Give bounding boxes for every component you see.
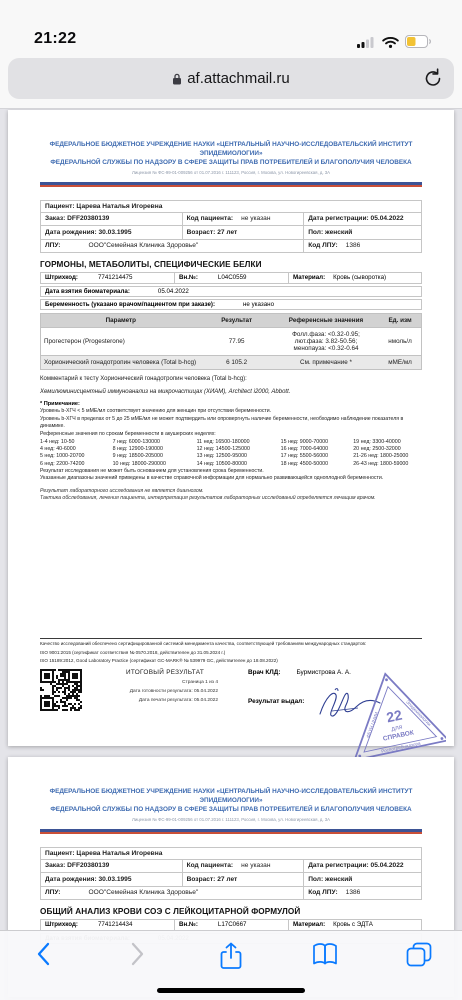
page1-footer: Качество исследований обеспечено сертифи… bbox=[40, 638, 422, 724]
barcode-row: Штрихкод:7741214434 Вн.№:L17C0667 Матери… bbox=[40, 919, 422, 931]
license-line: Лицензия № ФС-99-01-009256 от 01.07.2016… bbox=[40, 817, 422, 822]
comment-method: Хемилюминисцентный иммуноанализ на микро… bbox=[40, 388, 422, 396]
address-bar[interactable]: af.attachmail.ru bbox=[8, 58, 454, 99]
quality-line-3: ISO 15189:2012, Good Laboratory Practice… bbox=[40, 658, 422, 664]
share-icon bbox=[219, 942, 243, 970]
url-text: af.attachmail.ru bbox=[187, 70, 290, 87]
page-number: Страница 1 из 4 bbox=[94, 680, 236, 685]
reference-weeks-grid: 1-4 нед: 10-507 нед: 6000-13000011 нед: … bbox=[40, 439, 422, 469]
pregnancy-row: Беременность (указано врачом/пациентом п… bbox=[40, 299, 422, 310]
document-page-1: ФЕДЕРАЛЬНОЕ БЮДЖЕТНОЕ УЧРЕЖДЕНИЕ НАУКИ «… bbox=[8, 110, 454, 746]
status-time: 21:22 bbox=[34, 30, 76, 48]
back-icon bbox=[39, 944, 48, 964]
status-bar: 21:22 bbox=[0, 0, 462, 54]
birth-row: Дата рождения: 30.03.1995 Возраст: 27 ле… bbox=[40, 225, 422, 240]
note-line-2: Уровень b-ХГЧ в пределах от 5 до 25 мМЕ/… bbox=[40, 416, 422, 430]
results-header: Параметр Результат Референсные значения … bbox=[40, 313, 422, 328]
print-date: Дата печати результата: 05.04.2022 bbox=[94, 698, 236, 703]
qr-code bbox=[40, 669, 82, 711]
tabs-button[interactable] bbox=[404, 942, 434, 1000]
back-button[interactable] bbox=[28, 942, 58, 1000]
bookmarks-icon bbox=[312, 942, 338, 966]
section-title: ОБЩИЙ АНАЛИЗ КРОВИ СОЭ С ЛЕЙКОЦИТАРНОЙ Ф… bbox=[40, 907, 422, 916]
bookmarks-button[interactable] bbox=[310, 942, 340, 1000]
reload-icon[interactable] bbox=[423, 68, 443, 89]
tabs-icon bbox=[406, 942, 432, 967]
section-title: ГОРМОНЫ, МЕТАБОЛИТЫ, СПЕЦИФИЧЕСКИЕ БЕЛКИ bbox=[40, 260, 422, 269]
forward-icon bbox=[133, 944, 142, 964]
lock-icon bbox=[172, 73, 182, 85]
order-row: Заказ: DFF20380139 Код пациента:не указа… bbox=[40, 212, 422, 227]
org-name-line2: ФЕДЕРАЛЬНОЙ СЛУЖБЫ ПО НАДЗОРУ В СФЕРЕ ЗА… bbox=[40, 158, 422, 167]
order-row: Заказ: DFF20380139 Код пациента:не указа… bbox=[40, 859, 422, 874]
final-result-block: ИТОГОВЫЙ РЕЗУЛЬТАТ Страница 1 из 4 Дата … bbox=[94, 669, 236, 724]
sample-date-row: Дата взятия биоматериала:05.04.2022 bbox=[40, 286, 422, 297]
wifi-icon bbox=[382, 36, 399, 48]
final-result-title: ИТОГОВЫЙ РЕЗУЛЬТАТ bbox=[94, 669, 236, 676]
doctor-label: Врач КЛД: bbox=[248, 669, 280, 676]
ref-grid-title: Референсные значения по срокам беременно… bbox=[40, 431, 422, 438]
comment-title: Комментарий к тесту Хорионический гонадо… bbox=[40, 375, 422, 383]
result-row-progesterone: Прогестерон (Progesterone) 77.95 Фолл.фа… bbox=[40, 327, 422, 357]
after-note-1: Результат исследования не может быть осн… bbox=[40, 468, 422, 475]
svg-text:Эпидемиологии: Эпидемиологии bbox=[405, 699, 432, 727]
after-note-2: Указанные диапазоны значений приведены в… bbox=[40, 475, 422, 482]
lpu-row: ЛПУ:ООО"Семейная Клиника Здоровье" Код Л… bbox=[40, 239, 422, 254]
org-name-line1: ФЕДЕРАЛЬНОЕ БЮДЖЕТНОЕ УЧРЕЖДЕНИЕ НАУКИ «… bbox=[40, 140, 422, 158]
disclaimer: Результат лабораторного исследования не … bbox=[40, 488, 422, 502]
safari-top-chrome: 21:22 af.attachmail.ru bbox=[0, 0, 462, 109]
cellular-signal-icon bbox=[357, 36, 376, 48]
home-indicator[interactable] bbox=[157, 988, 305, 993]
quality-line-2: ISO 9001:2015 (сертификат соответствия №… bbox=[40, 650, 422, 656]
lpu-row: ЛПУ:ООО"Семейная Клиника Здоровье" Код Л… bbox=[40, 886, 422, 901]
org-name-line1: ФЕДЕРАЛЬНОЕ БЮДЖЕТНОЕ УЧРЕЖДЕНИЕ НАУКИ «… bbox=[40, 787, 422, 805]
note-title: * Примечание: bbox=[40, 401, 422, 407]
svg-text:22: 22 bbox=[385, 706, 404, 725]
reference-stamp: 22 для СПРАВОК ФБУН ЦНИИ Эпидемиологии Р… bbox=[342, 669, 446, 761]
patient-info-table: Пациент: Царева Наталья Игоревна Заказ: … bbox=[40, 200, 422, 253]
note-line-1: Уровень b-ХГЧ < 5 мМЕ/мл соответствует з… bbox=[40, 408, 422, 415]
flag-stripe bbox=[40, 182, 422, 187]
forward-button[interactable] bbox=[122, 942, 152, 1000]
footer-divider bbox=[40, 638, 422, 639]
flag-stripe bbox=[40, 829, 422, 834]
battery-icon bbox=[405, 35, 432, 48]
patient-info-table: Пациент: Царева Наталья Игоревна Заказ: … bbox=[40, 847, 422, 900]
result-row-hcg: Хорионический гонадотропин человека (Tot… bbox=[40, 355, 422, 370]
results-table: Параметр Результат Референсные значения … bbox=[40, 313, 422, 371]
birth-row: Дата рождения: 30.03.1995 Возраст: 27 ле… bbox=[40, 872, 422, 887]
ready-date: Дата готовности результата: 05.04.2022 bbox=[94, 689, 236, 694]
org-name-line2: ФЕДЕРАЛЬНОЙ СЛУЖБЫ ПО НАДЗОРУ В СФЕРЕ ЗА… bbox=[40, 805, 422, 814]
issued-label: Результат выдал: bbox=[248, 698, 304, 705]
license-line: Лицензия № ФС-99-01-009256 от 01.07.2016… bbox=[40, 170, 422, 175]
quality-line-1: Качество исследований обеспечено сертифи… bbox=[40, 641, 422, 647]
barcode-row: Штрихкод:7741214475 Вн.№:L04C0559 Матери… bbox=[40, 272, 422, 284]
